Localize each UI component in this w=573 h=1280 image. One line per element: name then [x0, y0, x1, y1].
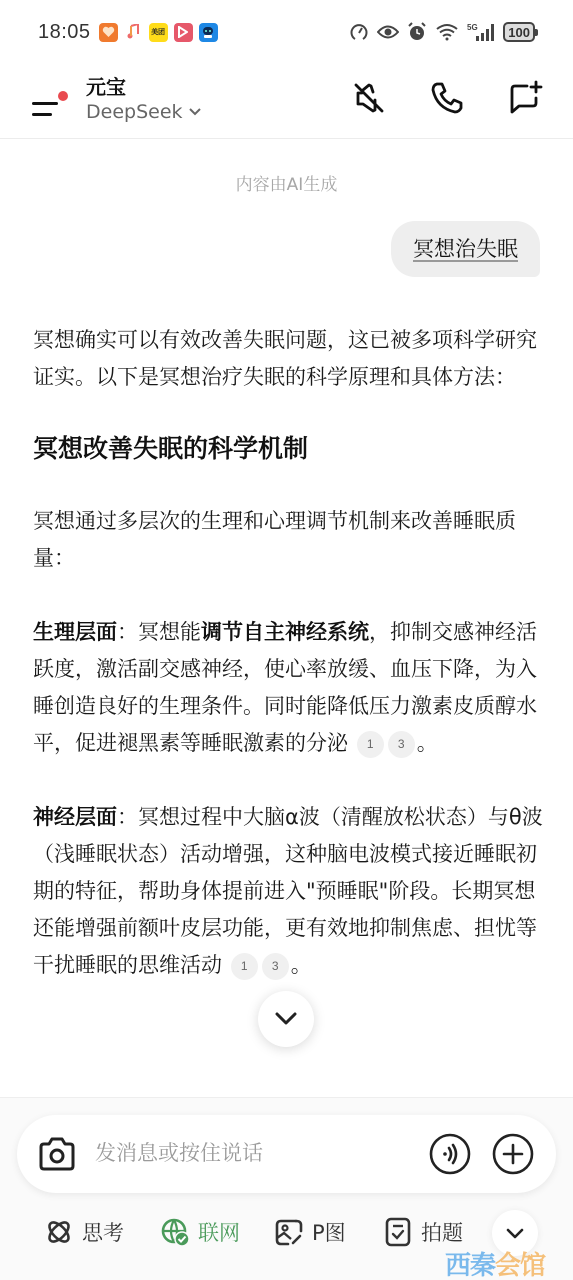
image-edit-icon — [274, 1217, 304, 1247]
chevron-down-icon — [189, 108, 201, 116]
model-selector[interactable]: DeepSeek — [86, 100, 201, 124]
model-name: DeepSeek — [86, 100, 183, 124]
tool-label: 思考 — [82, 1217, 124, 1247]
video-app-icon — [174, 23, 193, 42]
new-chat-icon[interactable] — [507, 80, 543, 116]
tool-photo-question[interactable]: 拍题 — [383, 1217, 463, 1247]
menu-icon-line — [32, 113, 52, 116]
add-attachment-icon[interactable] — [492, 1133, 534, 1175]
think-icon — [44, 1217, 74, 1247]
physio-paragraph: 生理层面：冥想能调节自主神经系统，抑制交感神经活跃度，激活副交感神经，使心率放缓… — [33, 614, 545, 762]
tool-label: 联网 — [198, 1217, 240, 1247]
physio-text-lead: ：冥想能 — [117, 620, 201, 644]
ai-generated-notice: 内容由AI生成 — [0, 170, 573, 195]
period: 。 — [417, 731, 438, 755]
composer — [17, 1115, 556, 1193]
tool-image-edit[interactable]: P图 — [274, 1217, 346, 1247]
period: 。 — [291, 953, 312, 977]
scroll-to-bottom-button[interactable] — [258, 991, 314, 1047]
phone-call-icon[interactable] — [429, 80, 465, 116]
tool-think[interactable]: 思考 — [44, 1217, 124, 1247]
answer-intro: 冥想确实可以有效改善失眠问题，这已被多项科学研究证实。以下是冥想治疗失眠的科学原… — [33, 322, 545, 396]
assistant-answer: 冥想确实可以有效改善失眠问题，这已被多项科学研究证实。以下是冥想治疗失眠的科学原… — [33, 322, 545, 1021]
title-block: 元宝 DeepSeek — [86, 74, 201, 124]
menu-icon — [32, 102, 58, 105]
tool-web-search[interactable]: 联网 — [160, 1217, 240, 1247]
web-search-icon — [160, 1217, 190, 1247]
svg-text:5G: 5G — [467, 23, 478, 32]
citation-badge[interactable]: 1 — [357, 731, 384, 758]
chevron-down-icon — [506, 1228, 524, 1239]
physio-label: 生理层面 — [33, 620, 117, 644]
tool-label: P图 — [312, 1217, 346, 1247]
meituan-app-icon: 美团 — [149, 23, 168, 42]
voice-input-icon[interactable] — [429, 1133, 471, 1175]
physio-bold-phrase: 调节自主神经系统 — [201, 620, 369, 644]
watermark-part1: 西秦 — [445, 1251, 495, 1280]
citation-badge[interactable]: 3 — [388, 731, 415, 758]
user-message-bubble[interactable]: 冥想治失眠 — [391, 221, 540, 277]
menu-button[interactable] — [30, 78, 70, 118]
camera-icon[interactable] — [37, 1135, 77, 1173]
app-title: 元宝 — [86, 74, 201, 100]
music-app-icon — [124, 23, 143, 42]
tool-label: 拍题 — [421, 1217, 463, 1247]
status-time: 18:05 — [38, 21, 91, 44]
neuro-text: ：冥想过程中大脑α波（清醒放松状态）与θ波（浅睡眠状态）活动增强，这种脑电波模式… — [33, 805, 543, 977]
robot-app-icon — [199, 23, 218, 42]
user-message-text: 冥想治失眠 — [413, 237, 518, 261]
chevron-down-icon — [275, 1012, 297, 1026]
answer-paragraph: 冥想通过多层次的生理和心理调节机制来改善睡眠质量： — [33, 503, 545, 577]
mute-icon[interactable] — [351, 80, 387, 116]
photo-question-icon — [383, 1217, 413, 1247]
notification-dot — [58, 91, 68, 101]
status-bar: 18:05 美团 5G 100 — [0, 0, 573, 64]
answer-heading: 冥想改善失眠的科学机制 — [33, 429, 545, 469]
neuro-paragraph: 神经层面：冥想过程中大脑α波（清醒放松状态）与θ波（浅睡眠状态）活动增强，这种脑… — [33, 799, 545, 984]
message-input[interactable] — [95, 1133, 415, 1173]
speedometer-icon — [349, 22, 369, 42]
citation-badge[interactable]: 1 — [231, 953, 258, 980]
alarm-icon — [407, 22, 427, 42]
app-header: 元宝 DeepSeek — [0, 64, 573, 139]
watermark-part2: 会馆 — [495, 1251, 545, 1280]
eye-icon — [377, 24, 399, 40]
health-app-icon — [99, 23, 118, 42]
battery-indicator: 100 — [503, 22, 535, 42]
5g-signal-icon: 5G — [467, 22, 495, 42]
neuro-label: 神经层面 — [33, 805, 117, 829]
wifi-icon — [435, 23, 459, 41]
citation-badge[interactable]: 3 — [262, 953, 289, 980]
watermark: 西秦会馆 — [445, 1245, 545, 1280]
